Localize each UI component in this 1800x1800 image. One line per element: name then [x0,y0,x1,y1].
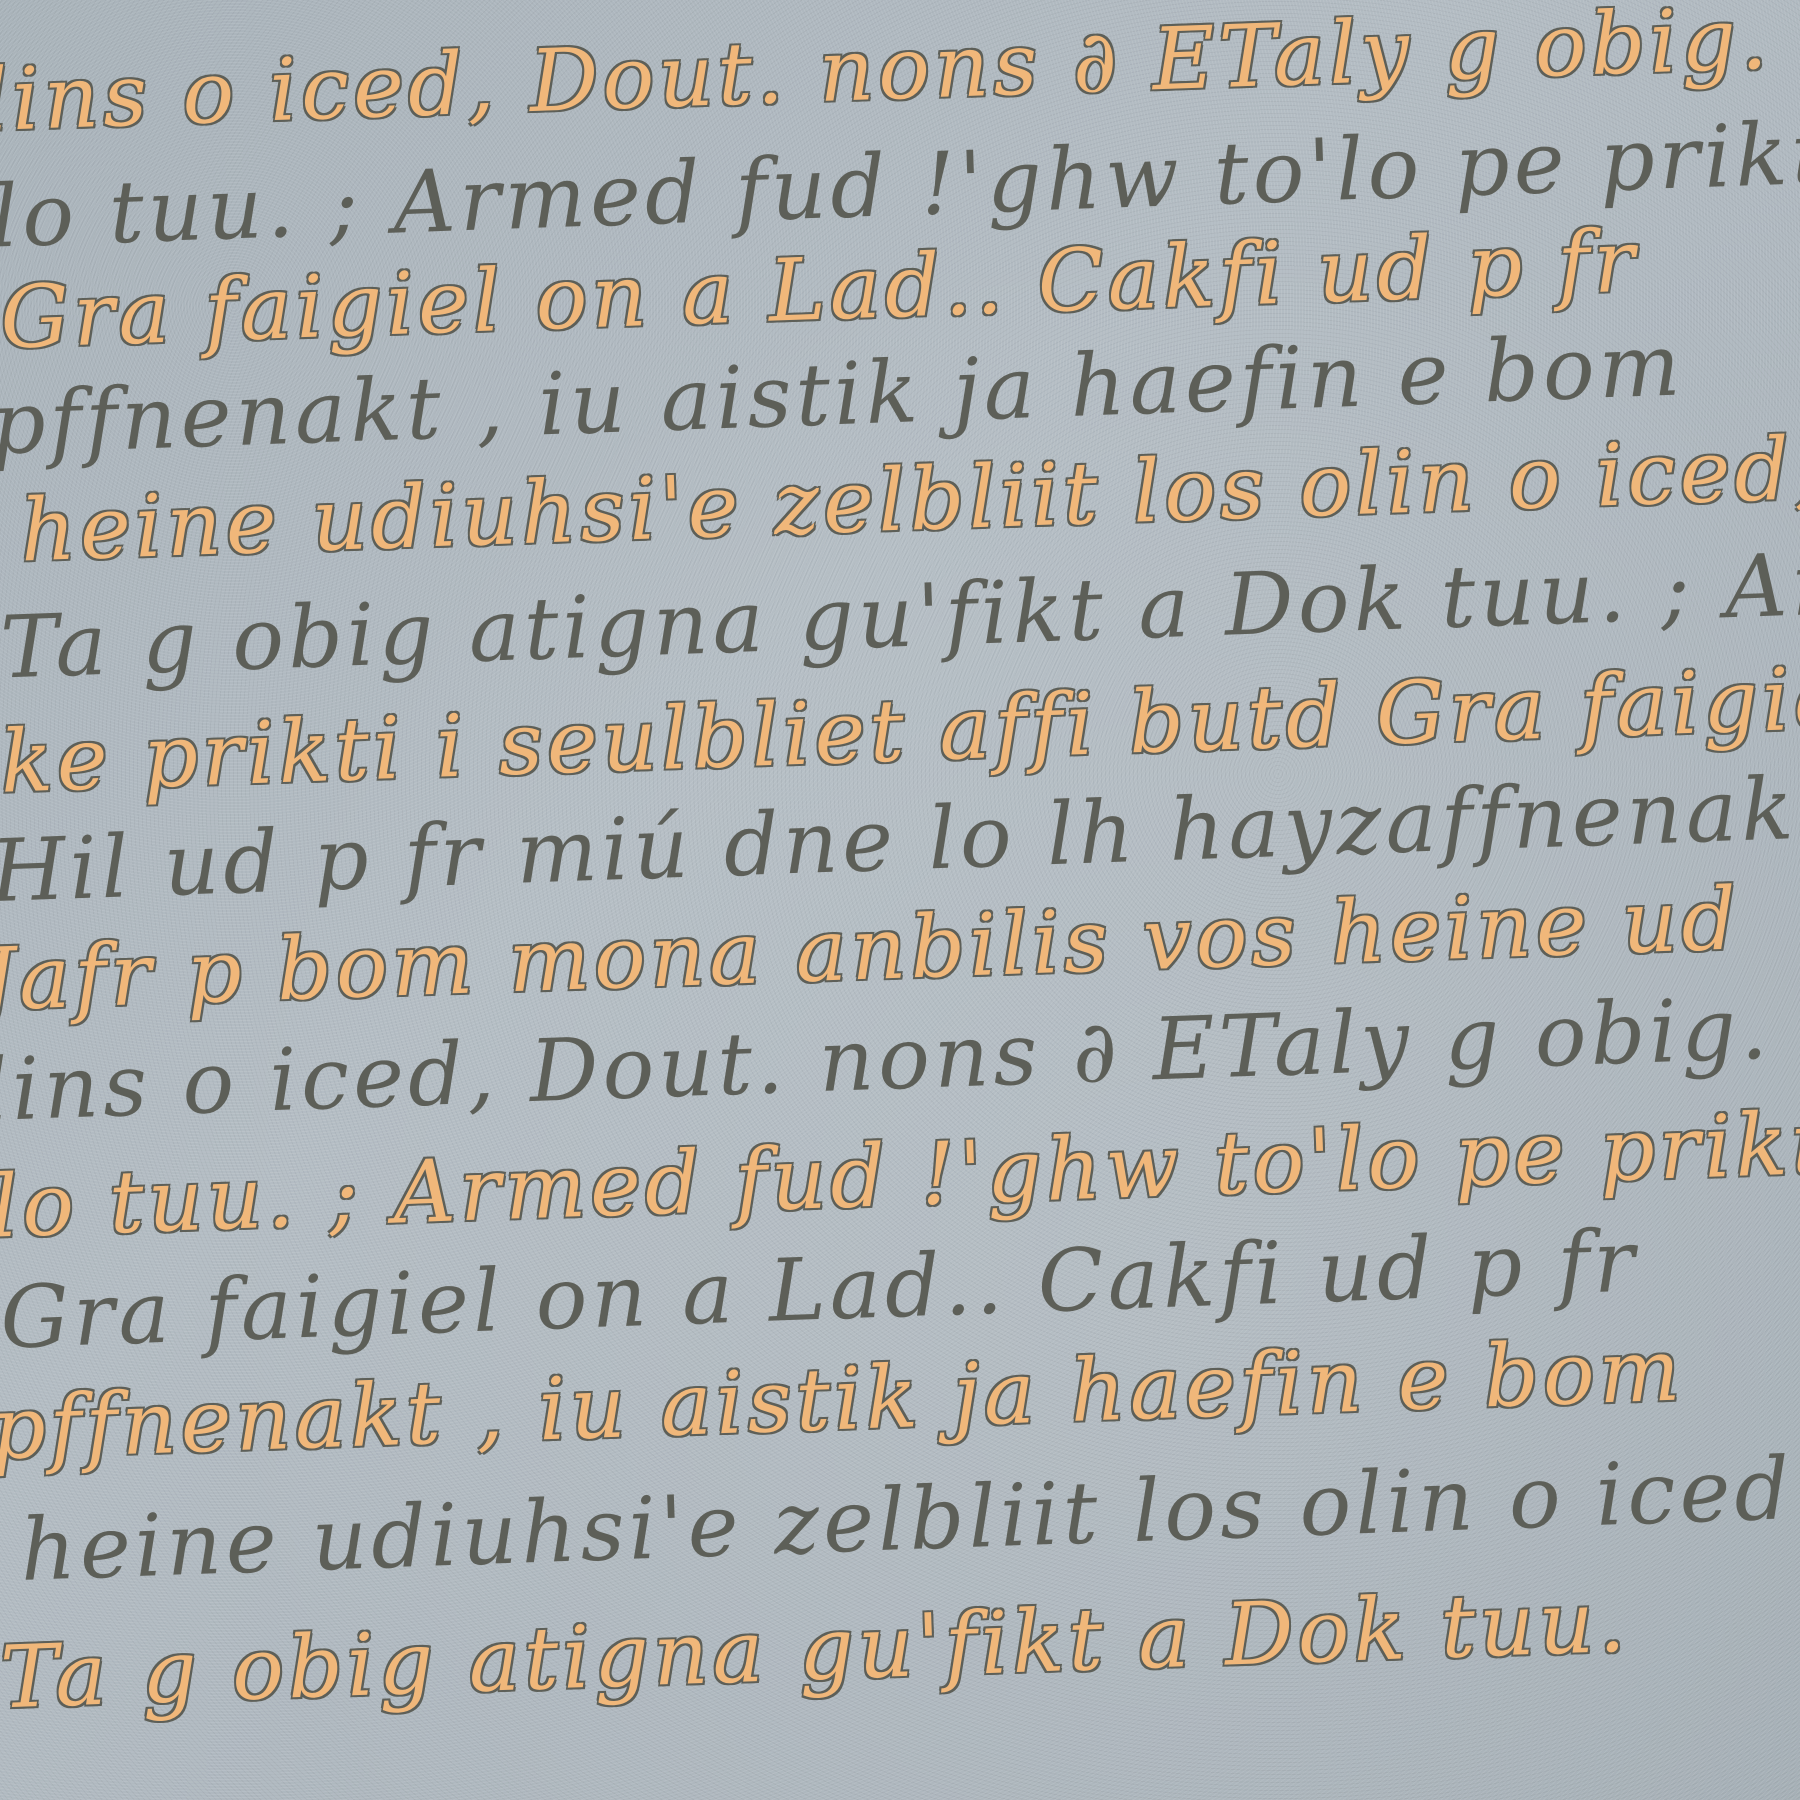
wallpaper-photo: lins o iced, Dout. nons ∂ ETaly g obig. … [0,0,1800,1800]
